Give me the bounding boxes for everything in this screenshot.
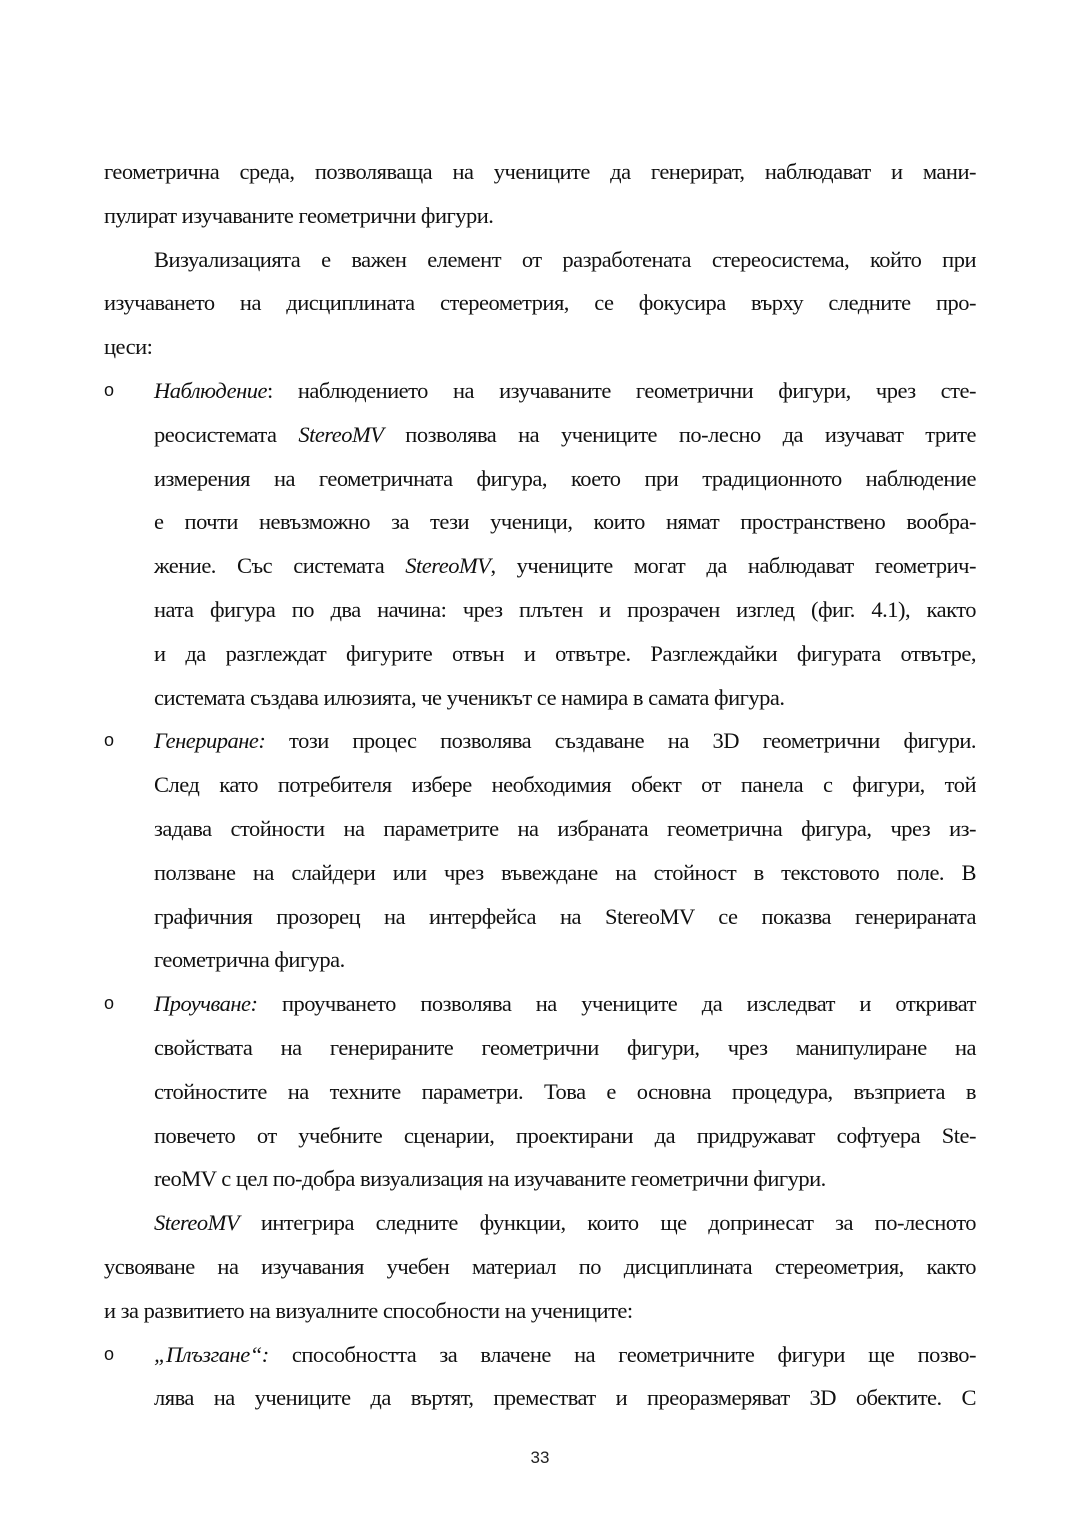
text-line: системата създава илюзията, че ученикът … — [154, 676, 976, 720]
term-label: „Плъзгане“: — [154, 1342, 269, 1367]
term-label: Проучване: — [154, 991, 258, 1016]
text-line: reoMV с цел по-добра визуализация на изу… — [154, 1157, 976, 1201]
text-line: реосистемата StereoMV позволява на учени… — [154, 413, 976, 457]
text-line: стойностите на техните параметри. Това е… — [154, 1070, 976, 1114]
term-label: Наблюдение — [154, 378, 267, 403]
text-line: и за развитието на визуалните способност… — [104, 1289, 976, 1333]
term-label: Генериране: — [154, 728, 265, 753]
text-line: ползване на слайдери или чрез въвеждане … — [154, 851, 976, 895]
text-line: лява на учениците да въртят, преместват … — [154, 1376, 976, 1420]
product-name: StereoMV — [154, 1210, 239, 1235]
text-line: и да разглеждат фигурите отвън и отвътре… — [154, 632, 976, 676]
text-line: графичния прозорец на интерфейса на Ster… — [154, 895, 976, 939]
text-line: Визуализацията е важен елемент от разраб… — [104, 238, 976, 282]
text-line: StereoMV интегрира следните функции, кои… — [104, 1201, 976, 1245]
text-line: изучаването на дисциплината стереометрия… — [104, 281, 976, 325]
text-line: повечето от учебните сценарии, проектира… — [154, 1114, 976, 1158]
bullet-circle-icon: o — [104, 982, 114, 1026]
text-line: жение. Със системата StereoMV, учениците… — [154, 544, 976, 588]
text-line: „Плъзгане“: способността за влачене на г… — [154, 1333, 976, 1377]
text-line: измерения на геометричната фигура, което… — [154, 457, 976, 501]
text-line: След като потребителя избере необходимия… — [154, 763, 976, 807]
text-line: Проучване: проучването позволява на учен… — [154, 982, 976, 1026]
text-line: ната фигура по два начина: чрез плътен и… — [154, 588, 976, 632]
text-line: пулират изучаваните геометрични фигури. — [104, 194, 976, 238]
list-item-observation: o Наблюдение: наблюдението на изучаванит… — [104, 369, 976, 719]
product-name: StereoMV — [298, 422, 383, 447]
text-line: Наблюдение: наблюдението на изучаваните … — [154, 369, 976, 413]
text-line: свойствата на генерираните геометрични ф… — [154, 1026, 976, 1070]
bullet-circle-icon: o — [104, 1333, 114, 1377]
bullet-circle-icon: o — [104, 719, 114, 763]
bullet-circle-icon: o — [104, 369, 114, 413]
page-number: 33 — [0, 1448, 1080, 1468]
text-line: усвояване на изучавания учебен материал … — [104, 1245, 976, 1289]
text-line: задава стойности на параметрите на избра… — [154, 807, 976, 851]
text-line: Генериране: този процес позволява създав… — [154, 719, 976, 763]
text-line: геометрична фигура. — [154, 938, 976, 982]
text-line: геометрична среда, позволяваща на учениц… — [104, 150, 976, 194]
text-line: цеси: — [104, 325, 976, 369]
paragraph-integration: StereoMV интегрира следните функции, кои… — [104, 1201, 976, 1332]
document-body: геометрична среда, позволяваща на учениц… — [104, 150, 976, 1420]
product-name: StereoMV — [405, 553, 490, 578]
paragraph-continuation: геометрична среда, позволяваща на учениц… — [104, 150, 976, 238]
list-item-dragging: o „Плъзгане“: способността за влачене на… — [104, 1333, 976, 1421]
list-item-generation: o Генериране: този процес позволява създ… — [104, 719, 976, 982]
paragraph-visualization: Визуализацията е важен елемент от разраб… — [104, 238, 976, 369]
list-item-exploration: o Проучване: проучването позволява на уч… — [104, 982, 976, 1201]
text-line: е почти невъзможно за тези ученици, коит… — [154, 500, 976, 544]
